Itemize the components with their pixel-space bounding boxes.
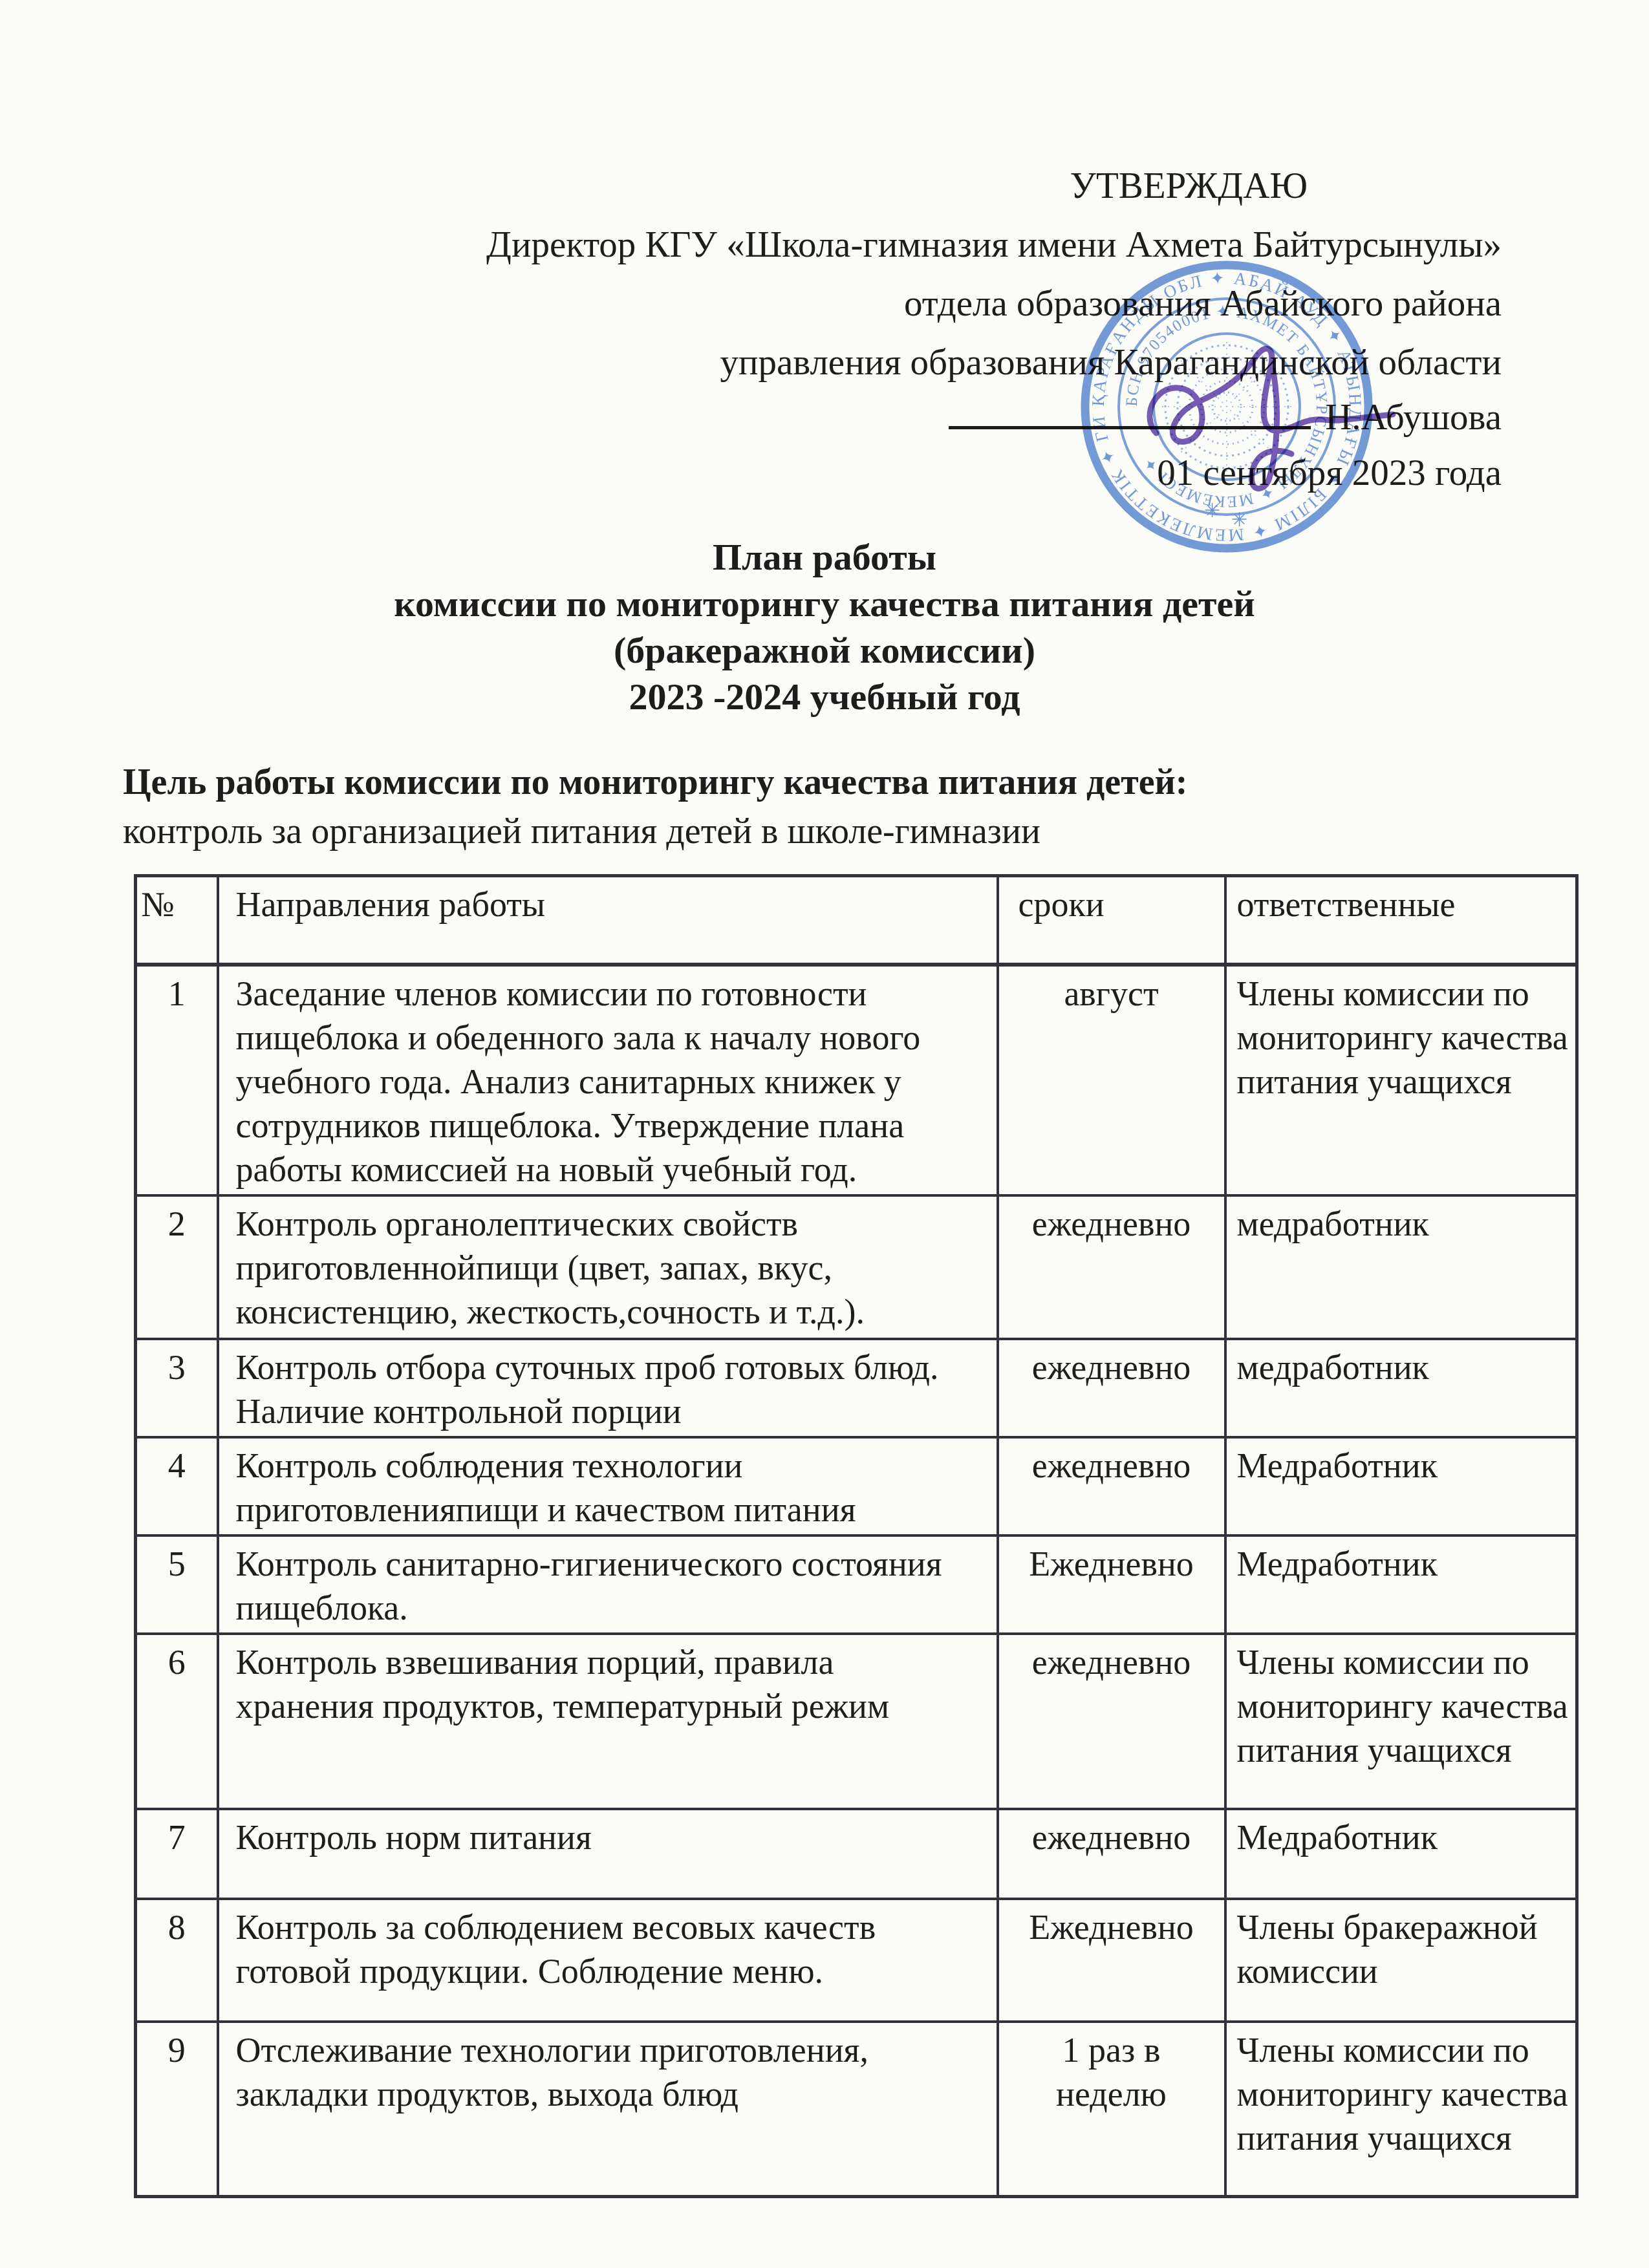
header-responsible: ответственные bbox=[1225, 876, 1577, 965]
row-number: 7 bbox=[136, 1809, 218, 1899]
row-responsible: Члены бракеражной комиссии bbox=[1225, 1899, 1577, 2022]
title-line-1: План работы bbox=[0, 534, 1649, 581]
signature-icon bbox=[1136, 318, 1414, 499]
row-time: ежедневно bbox=[998, 1195, 1225, 1339]
row-number: 8 bbox=[136, 1899, 218, 2022]
row-responsible: Члены комиссии по мониторингу качества п… bbox=[1225, 1634, 1577, 1809]
row-responsible: Члены комиссии по мониторингу качества п… bbox=[1225, 2022, 1577, 2196]
row-time: август bbox=[998, 965, 1225, 1195]
title-line-4: 2023 -2024 учебный год bbox=[0, 674, 1649, 720]
row-number: 6 bbox=[136, 1634, 218, 1809]
title-line-3: (бракеражной комиссии) bbox=[0, 627, 1649, 674]
goal-text: контроль за организацией питания детей в… bbox=[123, 807, 1546, 856]
row-responsible: медработник bbox=[1225, 1195, 1577, 1339]
row-task: Заседание членов комиссии по готовности … bbox=[218, 965, 998, 1195]
row-number: 9 bbox=[136, 2022, 218, 2196]
row-task: Контроль взвешивания порций, правила хра… bbox=[218, 1634, 998, 1809]
table-row: 6 Контроль взвешивания порций, правила х… bbox=[136, 1634, 1577, 1809]
row-responsible: Члены комиссии по мониторингу качества п… bbox=[1225, 965, 1577, 1195]
row-number: 4 bbox=[136, 1437, 218, 1535]
row-responsible: Медработник bbox=[1225, 1437, 1577, 1535]
row-task: Контроль отбора суточных проб готовых бл… bbox=[218, 1339, 998, 1437]
table-row: 9 Отслеживание технологии приготовления,… bbox=[136, 2022, 1577, 2196]
table-row: 2 Контроль органолептических свойств при… bbox=[136, 1195, 1577, 1339]
table-row: 8 Контроль за соблюдением весовых качест… bbox=[136, 1899, 1577, 2022]
table-row: 1 Заседание членов комиссии по готовност… bbox=[136, 965, 1577, 1195]
row-task: Контроль органолептических свойств приго… bbox=[218, 1195, 998, 1339]
row-task: Контроль норм питания bbox=[218, 1809, 998, 1899]
row-time: 1 раз в неделю bbox=[998, 2022, 1225, 2196]
document-page: УТВЕРЖДАЮ Директор КГУ «Школа-гимназия и… bbox=[0, 0, 1649, 2268]
row-task: Контроль за соблюдением весовых качеств … bbox=[218, 1899, 998, 2022]
row-task: Контроль соблюдения технологии приготовл… bbox=[218, 1437, 998, 1535]
table-row: 7 Контроль норм питания ежедневно Медраб… bbox=[136, 1809, 1577, 1899]
row-time: Ежедневно bbox=[998, 1899, 1225, 2022]
row-number: 5 bbox=[136, 1535, 218, 1634]
stamp-star-icon: ✳ bbox=[1204, 500, 1220, 522]
header-time: сроки bbox=[998, 876, 1225, 965]
row-number: 1 bbox=[136, 965, 218, 1195]
row-number: 2 bbox=[136, 1195, 218, 1339]
table-row: 4 Контроль соблюдения технологии пригото… bbox=[136, 1437, 1577, 1535]
table-header-row: № Направления работы сроки ответственные bbox=[136, 876, 1577, 965]
header-task: Направления работы bbox=[218, 876, 998, 965]
approval-heading: УТВЕРЖДАЮ bbox=[338, 156, 1308, 215]
row-time: ежедневно bbox=[998, 1339, 1225, 1437]
row-responsible: медработник bbox=[1225, 1339, 1577, 1437]
table-row: 3 Контроль отбора суточных проб готовых … bbox=[136, 1339, 1577, 1437]
goal-block: Цель работы комиссии по мониторингу каче… bbox=[123, 758, 1546, 856]
plan-table-body: 1 Заседание членов комиссии по готовност… bbox=[136, 965, 1577, 2196]
plan-table: № Направления работы сроки ответственные… bbox=[134, 874, 1579, 2198]
row-task: Контроль санитарно-гигиенического состоя… bbox=[218, 1535, 998, 1634]
title-line-2: комиссии по мониторингу качества питания… bbox=[0, 581, 1649, 627]
header-number: № bbox=[136, 876, 218, 965]
row-number: 3 bbox=[136, 1339, 218, 1437]
table-row: 5 Контроль санитарно-гигиенического сост… bbox=[136, 1535, 1577, 1634]
document-title: План работы комиссии по мониторингу каче… bbox=[0, 534, 1649, 720]
row-task: Отслеживание технологии приготовления, з… bbox=[218, 2022, 998, 2196]
row-time: ежедневно bbox=[998, 1809, 1225, 1899]
row-time: ежедневно bbox=[998, 1437, 1225, 1535]
row-time: ежедневно bbox=[998, 1634, 1225, 1809]
stamp-star-icon: ✳ bbox=[1231, 509, 1247, 531]
row-responsible: Медработник bbox=[1225, 1535, 1577, 1634]
row-time: Ежедневно bbox=[998, 1535, 1225, 1634]
goal-heading: Цель работы комиссии по мониторингу каче… bbox=[123, 758, 1546, 807]
row-responsible: Медработник bbox=[1225, 1809, 1577, 1899]
